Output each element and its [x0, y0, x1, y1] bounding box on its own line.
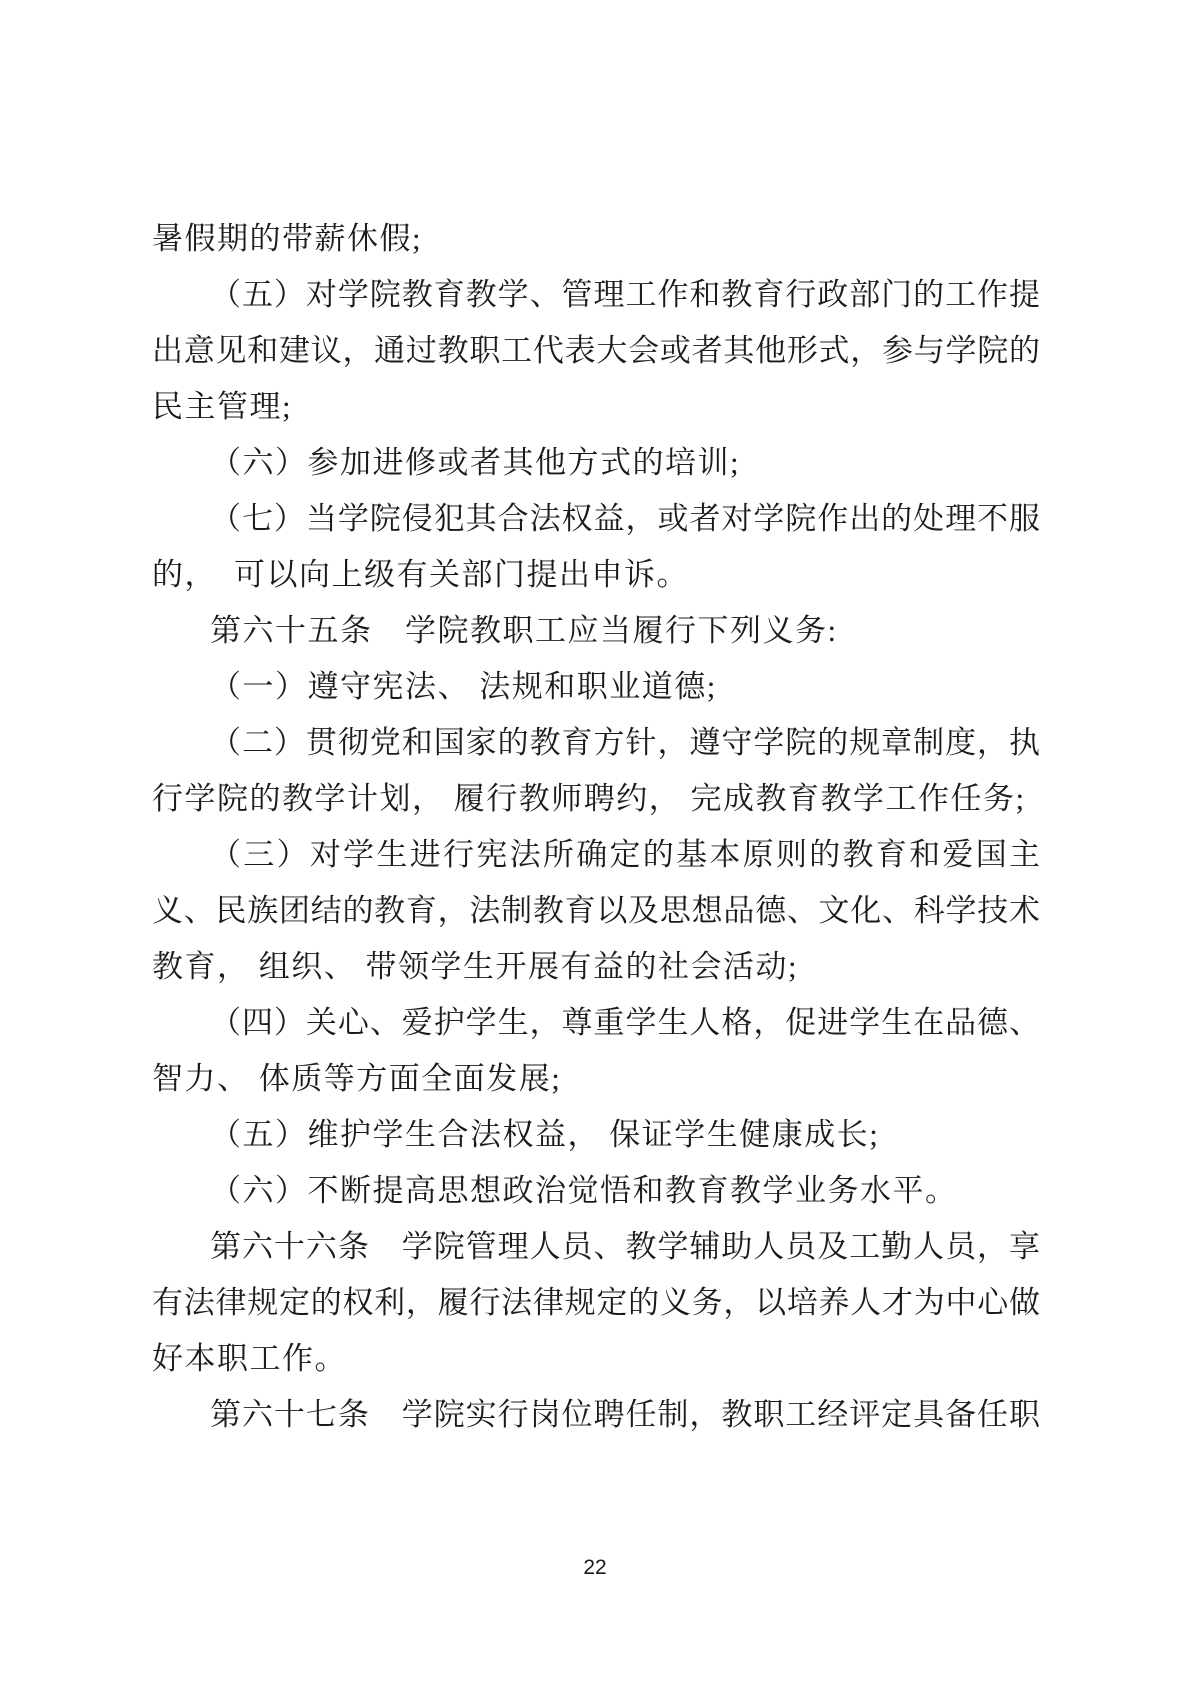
text-line: 第六十七条 学院实行岗位聘任制，教职工经评定具备任职	[152, 1387, 1040, 1443]
text-line: （五）对学院教育教学、管理工作和教育行政部门的工作提	[152, 267, 1040, 323]
page-footer: 22	[0, 1556, 1190, 1580]
text-line: （一）遵守宪法、 法规和职业道德;	[152, 659, 1040, 715]
text-line: 第六十六条 学院管理人员、教学辅助人员及工勤人员，享	[152, 1219, 1040, 1275]
text-line: （七）当学院侵犯其合法权益，或者对学院作出的处理不服	[152, 491, 1040, 547]
text-line: 暑假期的带薪休假;	[152, 211, 1040, 267]
text-line: 行学院的教学计划， 履行教师聘约， 完成教育教学工作任务;	[152, 771, 1040, 827]
text-line: 智力、 体质等方面全面发展;	[152, 1051, 1040, 1107]
document-page: 暑假期的带薪休假;（五）对学院教育教学、管理工作和教育行政部门的工作提出意见和建…	[0, 0, 1190, 1683]
text-line: （二）贯彻党和国家的教育方针，遵守学院的规章制度，执	[152, 715, 1040, 771]
text-line: 第六十五条 学院教职工应当履行下列义务:	[152, 603, 1040, 659]
text-line: 有法律规定的权利，履行法律规定的义务，以培养人才为中心做	[152, 1275, 1040, 1331]
text-line: 出意见和建议，通过教职工代表大会或者其他形式，参与学院的	[152, 323, 1040, 379]
text-line: 义、民族团结的教育，法制教育以及思想品德、文化、科学技术	[152, 883, 1040, 939]
document-body: 暑假期的带薪休假;（五）对学院教育教学、管理工作和教育行政部门的工作提出意见和建…	[152, 211, 1040, 1443]
text-line: 民主管理;	[152, 379, 1040, 435]
text-line: （四）关心、爱护学生，尊重学生人格，促进学生在品德、	[152, 995, 1040, 1051]
text-line: （三）对学生进行宪法所确定的基本原则的教育和爱国主	[152, 827, 1040, 883]
text-line: 教育， 组织、 带领学生开展有益的社会活动;	[152, 939, 1040, 995]
text-line: （六）参加进修或者其他方式的培训;	[152, 435, 1040, 491]
text-line: （五）维护学生合法权益， 保证学生健康成长;	[152, 1107, 1040, 1163]
text-line: 好本职工作。	[152, 1331, 1040, 1387]
text-line: 的， 可以向上级有关部门提出申诉。	[152, 547, 1040, 603]
text-line: （六）不断提高思想政治觉悟和教育教学业务水平。	[152, 1163, 1040, 1219]
page-number: 22	[583, 1556, 606, 1579]
